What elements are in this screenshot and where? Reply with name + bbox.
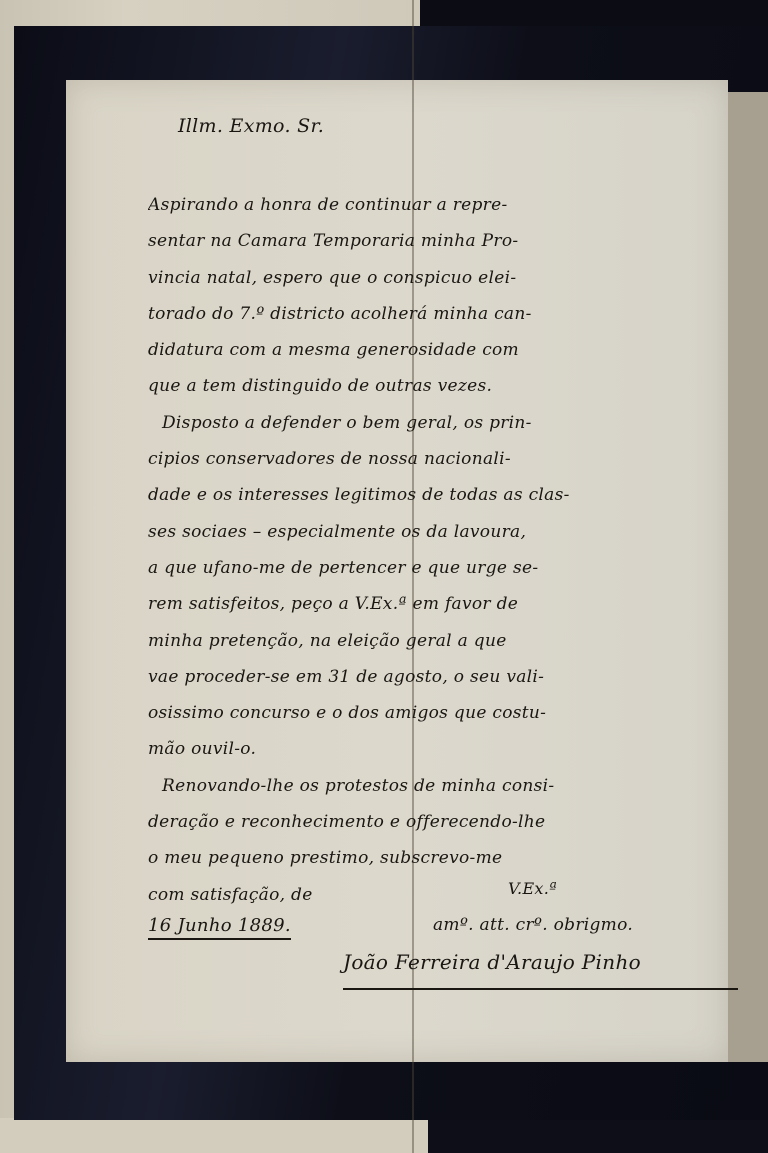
letter-body: Aspirando a honra de continuar a repre- … <box>148 187 733 913</box>
body-line: mão ouvil-o. <box>148 731 733 767</box>
body-line: deração e reconhecimento e offerecendo-l… <box>148 804 733 840</box>
body-line: sentar na Camara Temporaria minha Pro- <box>148 223 733 259</box>
body-line: vae proceder-se em 31 de agosto, o seu v… <box>148 659 733 695</box>
body-line: Disposto a defender o bem geral, os prin… <box>148 405 733 441</box>
body-line: rem satisfeitos, peço a V.Ex.ª em favor … <box>148 586 733 622</box>
body-line: vincia natal, espero que o conspicuo ele… <box>148 260 733 296</box>
body-line: com satisfação, de <box>148 877 733 913</box>
signature: João Ferreira d'Araujo Pinho <box>343 950 738 990</box>
body-line: que a tem distinguido de outras vezes. <box>148 368 733 404</box>
body-line: o meu pequeno prestimo, subscrevo-me <box>148 840 733 876</box>
body-line: minha pretenção, na eleição geral a que <box>148 623 733 659</box>
backing-page-bottom-left <box>0 1118 428 1153</box>
body-line: Aspirando a honra de continuar a repre- <box>148 187 733 223</box>
closing-abbreviation: V.Ex.ª <box>508 879 557 898</box>
body-line: a que ufano-me de pertencer e que urge s… <box>148 550 733 586</box>
body-line: Renovando-lhe os protestos de minha cons… <box>148 768 733 804</box>
backing-page-bottom-right <box>428 1118 768 1153</box>
body-line: cipios conservadores de nossa nacionali- <box>148 441 733 477</box>
body-line: ses sociaes – especialmente os da lavour… <box>148 514 733 550</box>
body-line: osissimo concurso e o dos amigos que cos… <box>148 695 733 731</box>
body-line: didatura com a mesma generosidade com <box>148 332 733 368</box>
paper-edge <box>728 92 768 1062</box>
body-line: dade e os interesses legitimos de todas … <box>148 477 733 513</box>
letter-date: 16 Junho 1889. <box>148 915 291 940</box>
salutation: Illm. Exmo. Sr. <box>178 115 324 137</box>
closing-formula: amº. att. crº. obrigmo. <box>433 915 633 935</box>
body-line: torado do 7.º districto acolherá minha c… <box>148 296 733 332</box>
